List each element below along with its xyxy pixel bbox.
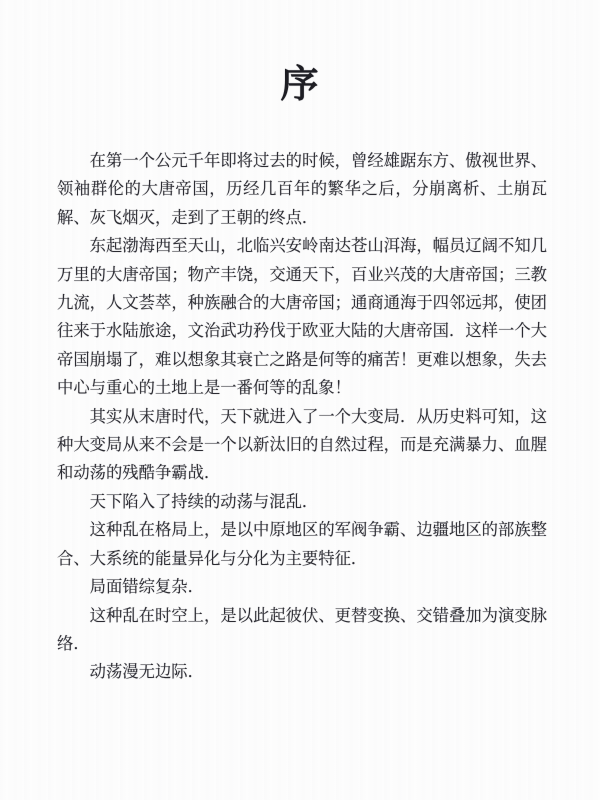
paragraph: 其实从末唐时代，天下就进入了一个大变局．从历史料可知，这种大变局从来不会是一个以… [57, 403, 547, 488]
paragraph: 动荡漫无边际． [57, 658, 547, 686]
paragraph: 这种乱在格局上，是以中原地区的军阀争霸、边疆地区的部族整合、大系统的能量异化与分… [57, 516, 547, 573]
paragraph: 天下陷入了持续的动荡与混乱． [57, 488, 547, 516]
chapter-body: 在第一个公元千年即将过去的时候，曾经雄踞东方、傲视世界、领袖群伦的大唐帝国，历经… [57, 147, 547, 687]
paragraph: 这种乱在时空上，是以此起彼伏、更替变换、交错叠加为演变脉络． [57, 602, 547, 659]
paragraph: 局面错综复杂． [57, 573, 547, 601]
chapter-title: 序 [0, 0, 600, 108]
book-page: 序 在第一个公元千年即将过去的时候，曾经雄踞东方、傲视世界、领袖群伦的大唐帝国，… [0, 0, 600, 800]
paragraph: 在第一个公元千年即将过去的时候，曾经雄踞东方、傲视世界、领袖群伦的大唐帝国，历经… [57, 147, 547, 232]
paragraph: 东起渤海西至天山，北临兴安岭南达苍山洱海，幅员辽阔不知几万里的大唐帝国；物产丰饶… [57, 232, 547, 402]
